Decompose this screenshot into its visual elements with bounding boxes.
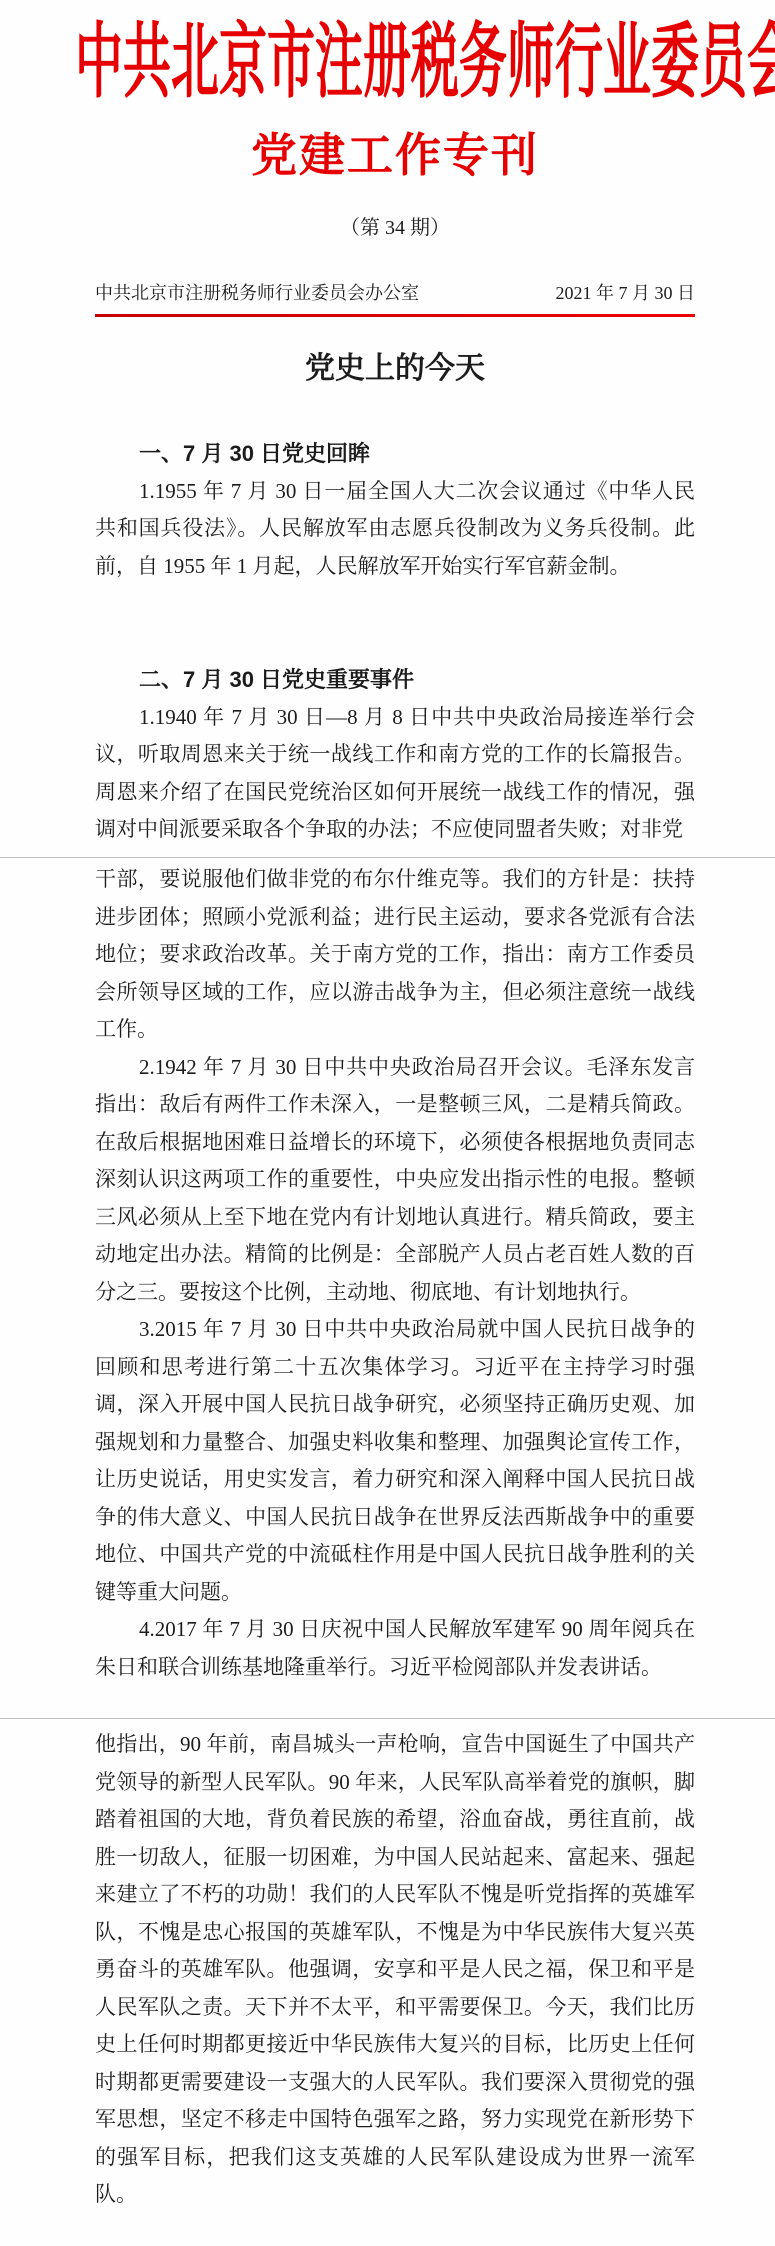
byline-row: 中共北京市注册税务师行业委员会办公室 2021 年 7 月 30 日: [95, 281, 695, 305]
masthead-bulletin-title: 党建工作专刊: [95, 131, 695, 181]
paragraph-2017-parade-part2: 他指出，90 年前，南昌城头一声枪响，宣告中国诞生了中国共产党领导的新型人民军队…: [95, 1726, 695, 2214]
masthead: 中共北京市注册税务师行业委员会 党建工作专刊 （第 34 期） 中共北京市注册税…: [95, 40, 695, 317]
paragraph-1955-law: 1.1955 年 7 月 30 日一届全国人大二次会议通过《中华人民共和国兵役法…: [95, 473, 695, 586]
issue-number-label: （第 34 期）: [95, 215, 695, 241]
page-3: 他指出，90 年前，南昌城头一声枪响，宣告中国诞生了中国共产党领导的新型人民军队…: [0, 1719, 775, 2246]
paragraph-1940-part1: 1.1940 年 7 月 30 日—8 月 8 日中共中央政治局接连举行会议，听…: [95, 699, 695, 849]
issuing-office-label: 中共北京市注册税务师行业委员会办公室: [95, 281, 419, 305]
section2-heading: 二、7 月 30 日党史重要事件: [95, 661, 695, 699]
bulletin-document: 中共北京市注册税务师行业委员会 党建工作专刊 （第 34 期） 中共北京市注册税…: [0, 0, 775, 2246]
article-title: 党史上的今天: [95, 347, 695, 391]
page-2: 干部，要说服他们做非党的布尔什维克等。我们的方针是：扶持进步团体；照顾小党派利益…: [0, 858, 775, 1719]
paragraph-1940-part2: 干部，要说服他们做非党的布尔什维克等。我们的方针是：扶持进步团体；照顾小党派利益…: [95, 861, 695, 1049]
paragraph-2017-parade-part1: 4.2017 年 7 月 30 日庆祝中国人民解放军建军 90 周年阅兵在朱日和…: [95, 1611, 695, 1686]
masthead-org-title: 中共北京市注册税务师行业委员会: [75, 23, 710, 105]
masthead-red-divider: [95, 314, 695, 317]
section1-heading: 一、7 月 30 日党史回眸: [95, 435, 695, 473]
issue-date-label: 2021 年 7 月 30 日: [556, 281, 696, 305]
paragraph-2015-study: 3.2015 年 7 月 30 日中共中央政治局就中国人民抗日战争的回顾和思考进…: [95, 1311, 695, 1611]
page-1: 中共北京市注册税务师行业委员会 党建工作专刊 （第 34 期） 中共北京市注册税…: [0, 0, 775, 858]
paragraph-1942-meeting: 2.1942 年 7 月 30 日中共中央政治局召开会议。毛泽东发言指出：敌后有…: [95, 1049, 695, 1312]
